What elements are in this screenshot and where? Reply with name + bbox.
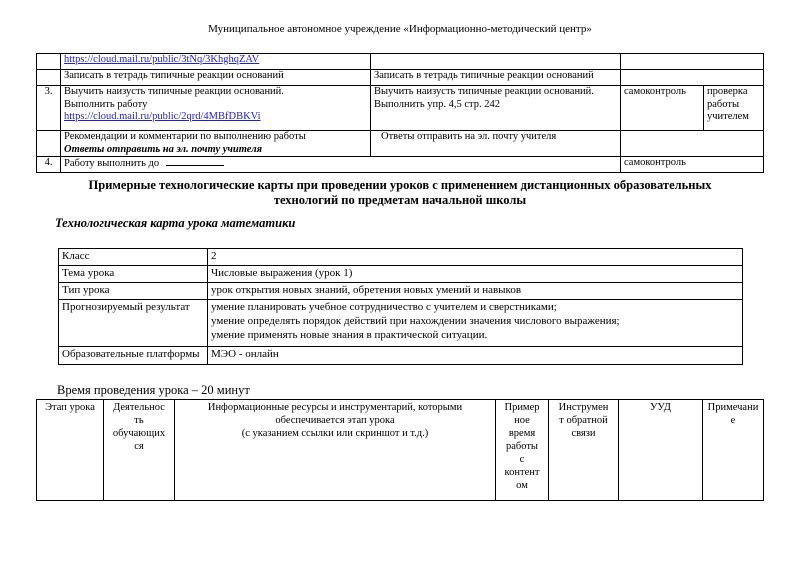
- lesson-card-subtitle: Технологическая карта урока математики: [55, 216, 295, 231]
- stage-col-header: Этап урока: [37, 400, 104, 501]
- deadline-text: Работу выполнить до: [64, 158, 159, 169]
- self-control-cell: самоконтроль: [621, 86, 704, 131]
- table-row: Прогнозируемый результат умение планиров…: [59, 300, 743, 347]
- recommendation-cell: Рекомендации и комментарии по выполнению…: [61, 131, 371, 157]
- lesson-param-value: Числовые выражения (урок 1): [208, 266, 743, 283]
- section-heading: Примерные технологические карты при пров…: [0, 178, 800, 208]
- table-row: Тема урока Числовые выражения (урок 1): [59, 266, 743, 283]
- recommendation-text: Рекомендации и комментарии по выполнению…: [64, 131, 367, 144]
- alt-note-cell: Ответы отправить на эл. почту учителя: [371, 131, 621, 157]
- table-row: Образовательные платформы МЭО - онлайн: [59, 347, 743, 365]
- task-text: Выучить наизусть типичные реакции основа…: [64, 86, 367, 99]
- task-text: Выполнить работу: [64, 99, 367, 112]
- blank-line: [166, 157, 224, 166]
- stage-col-header: Пример ное время работы с контент ом: [496, 400, 549, 501]
- homework-table: https://cloud.mail.ru/public/3tNq/3Khghq…: [36, 53, 764, 173]
- table-header-row: Этап урока Деятельнос ть обучающих ся Ин…: [37, 400, 764, 501]
- lesson-param-label: Класс: [59, 249, 208, 266]
- lesson-param-value: МЭО - онлайн: [208, 347, 743, 365]
- lesson-param-label: Тип урока: [59, 283, 208, 300]
- table-row: Записать в тетрадь типичные реакции осно…: [37, 70, 764, 86]
- control-cell: [621, 131, 764, 157]
- stage-table: Этап урока Деятельнос ть обучающих ся Ин…: [36, 399, 764, 501]
- stage-col-header: Деятельнос ть обучающих ся: [104, 400, 175, 501]
- row-number-cell: 4.: [37, 157, 61, 173]
- lesson-param-label: Тема урока: [59, 266, 208, 283]
- table-row: Класс 2: [59, 249, 743, 266]
- task-cell: Записать в тетрадь типичные реакции осно…: [61, 70, 371, 86]
- row-number-cell: [37, 131, 61, 157]
- row-number-cell: [37, 70, 61, 86]
- answers-note: Ответы отправить на эл. почту учителя: [64, 144, 367, 157]
- table-row: https://cloud.mail.ru/public/3tNq/3Khghq…: [37, 54, 764, 70]
- teacher-check-cell: проверка работы учителем: [704, 86, 764, 131]
- table-row: 3. Выучить наизусть типичные реакции осн…: [37, 86, 764, 131]
- control-cell: [621, 70, 764, 86]
- lesson-param-value: урок открытия новых знаний, обретения но…: [208, 283, 743, 300]
- self-control-cell: самоконтроль: [621, 157, 764, 173]
- alt-task-cell: Записать в тетрадь типичные реакции осно…: [371, 70, 621, 86]
- deadline-cell: Работу выполнить до: [61, 157, 621, 173]
- lesson-param-value: 2: [208, 249, 743, 266]
- table-row: Рекомендации и комментарии по выполнению…: [37, 131, 764, 157]
- stage-col-header: Инструмен т обратной связи: [549, 400, 619, 501]
- stage-col-header: УУД: [619, 400, 703, 501]
- row-number-cell: 3.: [37, 86, 61, 131]
- lesson-param-value: умение планировать учебное сотрудничеств…: [208, 300, 743, 347]
- resource-link[interactable]: https://cloud.mail.ru/public/3tNq/3Khghq…: [64, 54, 259, 65]
- stage-col-header: Примечани е: [703, 400, 764, 501]
- alt-task-cell: Выучить наизусть типичные реакции основа…: [371, 86, 621, 131]
- document-title: Муниципальное автономное учреждение «Инф…: [0, 23, 800, 35]
- lesson-card-table: Класс 2 Тема урока Числовые выражения (у…: [58, 248, 743, 365]
- lesson-param-label: Образовательные платформы: [59, 347, 208, 365]
- resource-link[interactable]: https://cloud.mail.ru/public/2qrd/4MBfDB…: [64, 111, 261, 122]
- stage-col-header: Информационные ресурсы и инструментарий,…: [175, 400, 496, 501]
- table-row: 4. Работу выполнить до самоконтроль: [37, 157, 764, 173]
- task-cell: Выучить наизусть типичные реакции основа…: [61, 86, 371, 131]
- alt-task-cell: [371, 54, 621, 70]
- task-cell: https://cloud.mail.ru/public/3tNq/3Khghq…: [61, 54, 371, 70]
- table-row: Тип урока урок открытия новых знаний, об…: [59, 283, 743, 300]
- row-number-cell: [37, 54, 61, 70]
- lesson-time-note: Время проведения урока – 20 минут: [57, 383, 250, 398]
- lesson-param-label: Прогнозируемый результат: [59, 300, 208, 347]
- control-cell: [621, 54, 764, 70]
